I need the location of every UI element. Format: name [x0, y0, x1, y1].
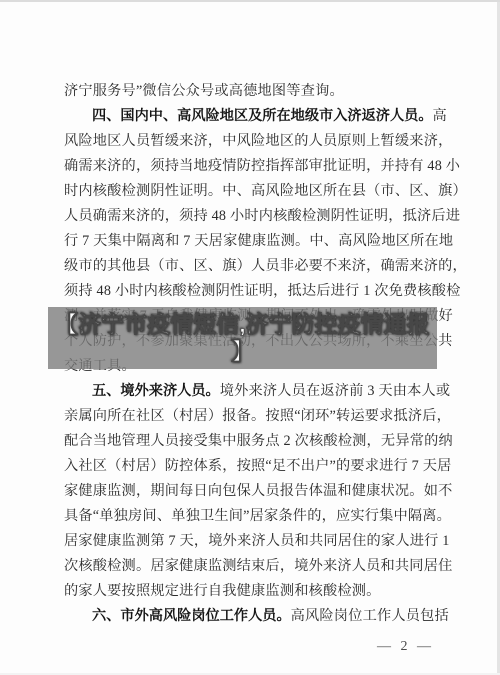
body-text-segment: 行 7 天集中隔离和 7 天居家健康监测。中、高风险地区所在地 — [64, 233, 453, 249]
body-text-segment: 级市的其他县（市、区、旗）人员非必要不来济，确需来济的， — [64, 258, 467, 274]
body-text-segment: 居家健康监测第 7 天，境外来济人员和共同居住的家人进行 1 — [64, 533, 450, 549]
body-text-segment: 具备“单独房间、单独卫生间”居家条件的，应实行集中隔离。 — [64, 508, 451, 524]
text-line: 须持 48 小时内核酸检测阴性证明，抵达后进行 1 次免费核酸检 — [64, 279, 456, 304]
body-text-segment: 高 — [433, 108, 447, 124]
body-text-segment: 人员确需来济的，须持 48 小时内核酸检测阴性证明，抵济后进 — [64, 208, 460, 224]
text-line: 时内核酸检测阴性证明。中、高风险地区所在县（市、区、旗） — [64, 179, 456, 204]
text-line: 确需来济的，须持当地疫情防控指挥部审批证明，并持有 48 小 — [64, 154, 456, 179]
text-line: 风险地区人员暂缓来济，中风险地区的人员原则上暂缓来济， — [64, 129, 456, 154]
body-text-segment: 家健康监测，期间每日向包保人员报告体温和健康状况。如不 — [64, 483, 452, 499]
text-line: 行 7 天集中隔离和 7 天居家健康监测。中、高风险地区所在地 — [64, 229, 456, 254]
section-heading-segment: 五、境外来济人员。 — [92, 383, 220, 399]
text-line: 亲属向所在社区（村居）报备。按照“闭环”转运要求抵济后， — [64, 404, 456, 429]
section-heading-segment: 六、市外高风险岗位工作人员。 — [92, 608, 291, 624]
body-text-segment: 境外来济人员在返济前 3 天由本人或 — [220, 383, 451, 399]
watermark-banner-line2: 】 — [231, 338, 254, 365]
text-line: 具备“单独房间、单独卫生间”居家条件的，应实行集中隔离。 — [64, 504, 456, 529]
text-line: 家健康监测，期间每日向包保人员报告体温和健康状况。如不 — [64, 479, 456, 504]
body-text-segment: 时内核酸检测阴性证明。中、高风险地区所在县（市、区、旗） — [64, 183, 467, 199]
scanned-document-page: 济宁服务号”微信公众号或高德地图等查询。四、国内中、高风险地区及所在地级市入济返… — [0, 0, 500, 675]
body-text-segment: 配合当地管理人员接受集中服务点 2 次核酸检测，无异常的纳 — [64, 433, 453, 449]
text-line: 级市的其他县（市、区、旗）人员非必要不来济，确需来济的， — [64, 254, 456, 279]
body-text-segment: 的家人要按照规定进行自我健康监测和核酸检测。 — [64, 583, 381, 599]
watermark-banner-line1: 【济宁市疫情短信,济宁防控疫情通报 — [55, 311, 429, 338]
text-line: 四、国内中、高风险地区及所在地级市入济返济人员。高 — [64, 104, 456, 129]
body-text-segment: 须持 48 小时内核酸检测阴性证明，抵达后进行 1 次免费核酸检 — [64, 283, 461, 299]
body-text-segment: 风险地区人员暂缓来济，中风险地区的人员原则上暂缓来济， — [64, 133, 452, 149]
body-text-segment: 入社区（村居）防控体系，按照“足不出户”的要求进行 7 天居 — [64, 458, 451, 474]
text-line: 人员确需来济的，须持 48 小时内核酸检测阴性证明，抵济后进 — [64, 204, 456, 229]
body-text-segment: 济宁服务号”微信公众号或高德地图等查询。 — [64, 83, 344, 99]
section-heading-segment: 四、国内中、高风险地区及所在地级市入济返济人员。 — [92, 108, 433, 124]
text-line: 入社区（村居）防控体系，按照“足不出户”的要求进行 7 天居 — [64, 454, 456, 479]
text-line: 配合当地管理人员接受集中服务点 2 次核酸检测，无异常的纳 — [64, 429, 456, 454]
text-line: 居家健康监测第 7 天，境外来济人员和共同居住的家人进行 1 — [64, 529, 456, 554]
body-text-segment: 确需来济的，须持当地疫情防控指挥部审批证明，并持有 48 小 — [64, 158, 460, 174]
page-number: — 2 — — [377, 639, 434, 655]
body-text-segment: 次核酸检测。居家健康监测结束后，境外来济人员和共同居住 — [64, 558, 452, 574]
text-line: 济宁服务号”微信公众号或高德地图等查询。 — [64, 79, 456, 104]
text-line: 五、境外来济人员。境外来济人员在返济前 3 天由本人或 — [64, 379, 456, 404]
body-text-segment: 亲属向所在社区（村居）报备。按照“闭环”转运要求抵济后， — [64, 408, 451, 424]
text-line: 的家人要按照规定进行自我健康监测和核酸检测。 — [64, 579, 456, 604]
watermark-banner: 【济宁市疫情短信,济宁防控疫情通报 】 — [48, 307, 437, 369]
text-line: 六、市外高风险岗位工作人员。高风险岗位工作人员包括 — [64, 604, 456, 629]
text-line: 次核酸检测。居家健康监测结束后，境外来济人员和共同居住 — [64, 554, 456, 579]
body-text-segment: 高风险岗位工作人员包括 — [291, 608, 449, 624]
